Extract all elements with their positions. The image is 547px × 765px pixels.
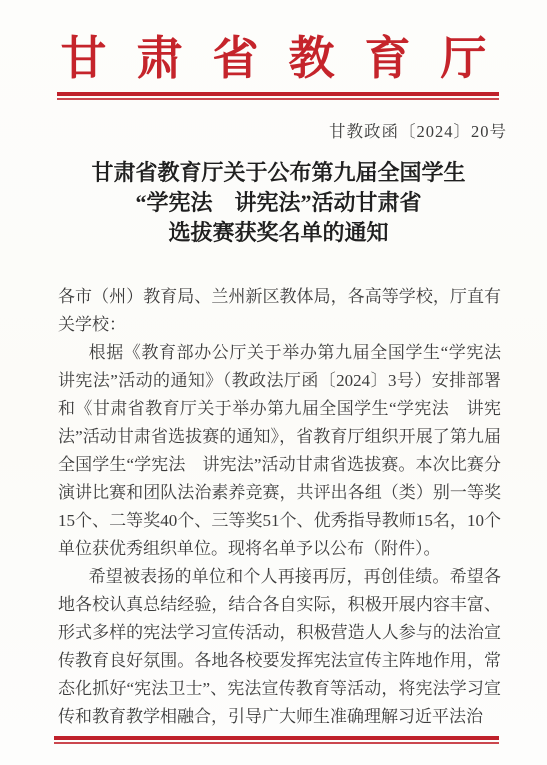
document-title: 甘肃省教育厅关于公布第九届全国学生 “学宪法 讲宪法”活动甘肃省 选拔赛获奖名单… bbox=[20, 158, 537, 248]
document-reference-number: 甘教政函〔2024〕20号 bbox=[329, 120, 507, 144]
document-title-line-1: 甘肃省教育厅关于公布第九届全国学生 bbox=[20, 158, 537, 188]
letterhead-rule-thin bbox=[57, 98, 499, 100]
agency-letterhead: 甘肃省教育厅 bbox=[0, 33, 547, 85]
body-paragraph-1: 根据《教育部办公厅关于举办第九届全国学生“学宪法 讲宪法”活动的通知》（教政法厅… bbox=[58, 339, 501, 563]
body-paragraph-2: 希望被表扬的单位和个人再接再厉，再创佳绩。希望各地各校认真总结经验，结合各自实际… bbox=[58, 563, 501, 731]
document-body: 各市（州）教育局、兰州新区教体局，各高等学校，厅直有关学校： 根据《教育部办公厅… bbox=[58, 283, 501, 731]
page-footer-rule-thin bbox=[54, 742, 499, 744]
page-footer-rule-thick bbox=[54, 736, 499, 740]
letterhead-rule-thick bbox=[57, 92, 499, 96]
document-title-line-2: “学宪法 讲宪法”活动甘肃省 bbox=[20, 188, 537, 218]
salutation-paragraph: 各市（州）教育局、兰州新区教体局，各高等学校，厅直有关学校： bbox=[58, 283, 501, 339]
document-title-line-3: 选拔赛获奖名单的通知 bbox=[20, 218, 537, 248]
official-document-page: 甘肃省教育厅 甘教政函〔2024〕20号 甘肃省教育厅关于公布第九届全国学生 “… bbox=[0, 0, 547, 765]
